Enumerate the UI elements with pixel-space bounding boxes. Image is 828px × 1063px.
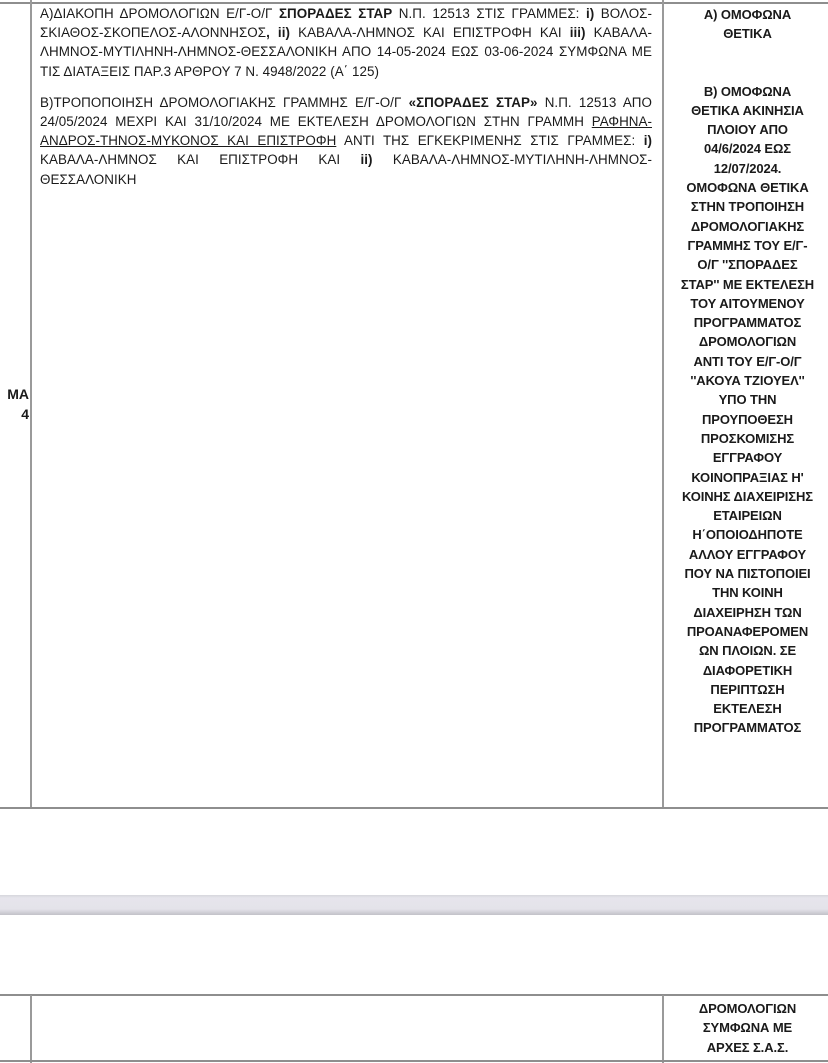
decision-block-a: Α) ΟΜΟΦΩΝΑΘΕΤΙΚΑ <box>667 5 828 44</box>
document-page-bottom: ΔΡΟΜΟΛΟΓΙΩΝΣΥΜΦΩΝΑ ΜΕΑΡΧΕΣ Σ.Α.Σ. <box>0 915 828 1063</box>
decision-line: Α) ΟΜΟΦΩΝΑ <box>667 5 828 24</box>
paragraph-b: Β)ΤΡΟΠΟΠΟΙΗΣΗ ΔΡΟΜΟΛΟΓΙΑΚΗΣ ΓΡΑΜΜΗΣ Ε/Γ-… <box>40 93 652 189</box>
decision-line: ΑΛΛΟΥ ΕΓΓΡΑΦΟΥ <box>667 545 828 564</box>
paragraph-a: Α)ΔΙΑΚΟΠΗ ΔΡΟΜΟΛΟΓΙΩΝ Ε/Γ-Ο/Γ ΣΠΟΡΑΔΕΣ Σ… <box>40 4 652 81</box>
decision-line: ΔΡΟΜΟΛΟΓΙΩΝ <box>667 332 828 351</box>
list-marker: iii) <box>570 25 586 40</box>
table-bottom-border <box>0 807 828 809</box>
table2-top-border <box>0 994 828 996</box>
decision-line: ΠΕΡΙΠΤΩΣΗ <box>667 680 828 699</box>
decision-line: ΕΤΑΙΡΕΙΩΝ <box>667 506 828 525</box>
decision-line: ΤΟΥ ΑΙΤΟΥΜΕΝΟΥ <box>667 294 828 313</box>
decision-line: 04/6/2024 ΕΩΣ <box>667 139 828 158</box>
decision-line: Β) ΟΜΟΦΩΝΑ <box>667 82 828 101</box>
decision-line: ΕΚΤΕΛΕΣΗ <box>667 699 828 718</box>
table2-decision-cell: ΔΡΟΜΟΛΟΓΙΩΝΣΥΜΦΩΝΑ ΜΕΑΡΧΕΣ Σ.Α.Σ. <box>667 999 828 1057</box>
decision-line: ΓΡΑΜΜΗΣ ΤΟΥ Ε/Γ- <box>667 236 828 255</box>
decision-line: 12/07/2024. <box>667 159 828 178</box>
text-run: Ν.Π. 12513 ΣΤΙΣ ΓΡΑΜΜΕΣ: <box>392 6 586 21</box>
decision-block-b: Β) ΟΜΟΦΩΝΑΘΕΤΙΚΑ ΑΚΙΝΗΣΙΑΠΛΟΙΟΥ ΑΠΟ04/6/… <box>667 82 828 738</box>
decision-line: ΠΟΥ ΝΑ ΠΙΣΤΟΠΟΙΕΙ <box>667 564 828 583</box>
left-cell-text: ΜΑ 4 <box>0 384 29 424</box>
decision-line: ΑΝΤΙ ΤΟΥ Ε/Γ-Ο/Γ <box>667 352 828 371</box>
decision-line: ΘΕΤΙΚΑ ΑΚΙΝΗΣΙΑ <box>667 101 828 120</box>
decision-line: Η΄ΟΠΟΙΟΔΗΠΟΤΕ <box>667 525 828 544</box>
ship-name: ΣΠΟΡΑΔΕΣ ΣΤΑΡ <box>279 6 392 21</box>
decision-cell: Α) ΟΜΟΦΩΝΑΘΕΤΙΚΑ Β) ΟΜΟΦΩΝΑΘΕΤΙΚΑ ΑΚΙΝΗΣ… <box>667 5 828 738</box>
decision-line: ΣΥΜΦΩΝΑ ΜΕ <box>667 1018 828 1037</box>
list-marker: , ii) <box>266 25 290 40</box>
decision-line: ΠΛΟΙΟΥ ΑΠΟ <box>667 120 828 139</box>
decision-line: ΠΡΟΓΡΑΜΜΑΤΟΣ <box>667 718 828 737</box>
document-page-top: ΜΑ 4 Α)ΔΙΑΚΟΠΗ ΔΡΟΜΟΛΟΓΙΩΝ Ε/Γ-Ο/Γ ΣΠΟΡΑ… <box>0 0 828 895</box>
table2-bottom-border <box>0 1060 828 1062</box>
text-run: ΚΑΒΑΛΑ-ΛΗΜΝΟΣ ΚΑΙ ΕΠΙΣΤΡΟΦΗ ΚΑΙ <box>290 25 570 40</box>
decision-line: ΚΟΙΝΗΣ ΔΙΑΧΕΙΡΙΣΗΣ <box>667 487 828 506</box>
decision-line: ΔΙΑΦΟΡΕΤΙΚΗ <box>667 661 828 680</box>
text-run: Β)ΤΡΟΠΟΠΟΙΗΣΗ ΔΡΟΜΟΛΟΓΙΑΚΗΣ ΓΡΑΜΜΗΣ Ε/Γ-… <box>40 95 409 110</box>
decision-line: ΑΡΧΕΣ Σ.Α.Σ. <box>667 1038 828 1057</box>
request-description-cell: Α)ΔΙΑΚΟΠΗ ΔΡΟΜΟΛΟΓΙΩΝ Ε/Γ-Ο/Γ ΣΠΟΡΑΔΕΣ Σ… <box>40 4 652 201</box>
spacer <box>667 44 828 82</box>
decision-line: ΠΡΟΥΠΟΘΕΣΗ <box>667 410 828 429</box>
table2-column-divider-right <box>662 995 664 1063</box>
text-run: Α)ΔΙΑΚΟΠΗ ΔΡΟΜΟΛΟΓΙΩΝ Ε/Γ-Ο/Γ <box>40 6 279 21</box>
ship-name: «ΣΠΟΡΑΔΕΣ ΣΤΑΡ» <box>409 95 538 110</box>
text-run: ΚΑΒΑΛΑ-ΛΗΜΝΟΣ ΚΑΙ ΕΠΙΣΤΡΟΦΗ ΚΑΙ <box>40 152 360 167</box>
decision-line: ΕΓΓΡΑΦΟΥ <box>667 448 828 467</box>
list-marker: ii) <box>360 152 372 167</box>
decision-line: ΠΡΟΣΚΟΜΙΣΗΣ <box>667 429 828 448</box>
left-cell-line: 4 <box>0 404 29 424</box>
decision-line: ΥΠΟ ΤΗΝ <box>667 390 828 409</box>
decision-line: ΩΝ ΠΛΟΙΩΝ. ΣΕ <box>667 641 828 660</box>
decision-line: ΘΕΤΙΚΑ <box>667 24 828 43</box>
column-divider-right <box>662 0 664 808</box>
decision-line: ΤΗΝ ΚΟΙΝΗ <box>667 583 828 602</box>
decision-line: ΚΟΙΝΟΠΡΑΞΙΑΣ Η' <box>667 468 828 487</box>
decision-line: ΣΤΗΝ ΤΡΟΠΟΙΗΣΗ <box>667 197 828 216</box>
list-marker: i) <box>586 6 594 21</box>
column-divider-left <box>30 0 32 808</box>
decision-line: ''ΑΚΟΥΑ ΤΖΙΟΥΕΛ'' <box>667 371 828 390</box>
decision-line: ΠΡΟΓΡΑΜΜΑΤΟΣ <box>667 313 828 332</box>
list-marker: i) <box>644 133 652 148</box>
left-cell-line: ΜΑ <box>0 384 29 404</box>
page-separator-bar <box>0 895 828 915</box>
decision-line: Ο/Γ ''ΣΠΟΡΑΔΕΣ <box>667 255 828 274</box>
decision-line: ΔΡΟΜΟΛΟΓΙΩΝ <box>667 999 828 1018</box>
decision-line: ΠΡΟΑΝΑΦΕΡΟΜΕΝ <box>667 622 828 641</box>
decision-line: ΔΙΑΧΕΙΡΗΣΗ ΤΩΝ <box>667 603 828 622</box>
decision-line: ΣΤΑΡ'' ΜΕ ΕΚΤΕΛΕΣΗ <box>667 275 828 294</box>
decision-line: ΟΜΟΦΩΝΑ ΘΕΤΙΚΑ <box>667 178 828 197</box>
text-run: ΑΝΤΙ ΤΗΣ ΕΓΚΕΚΡΙΜΕΝΗΣ ΣΤΙΣ ΓΡΑΜΜΕΣ: <box>336 133 643 148</box>
decision-line: ΔΡΟΜΟΛΟΓΙΑΚΗΣ <box>667 217 828 236</box>
table2-column-divider-left <box>30 995 32 1063</box>
